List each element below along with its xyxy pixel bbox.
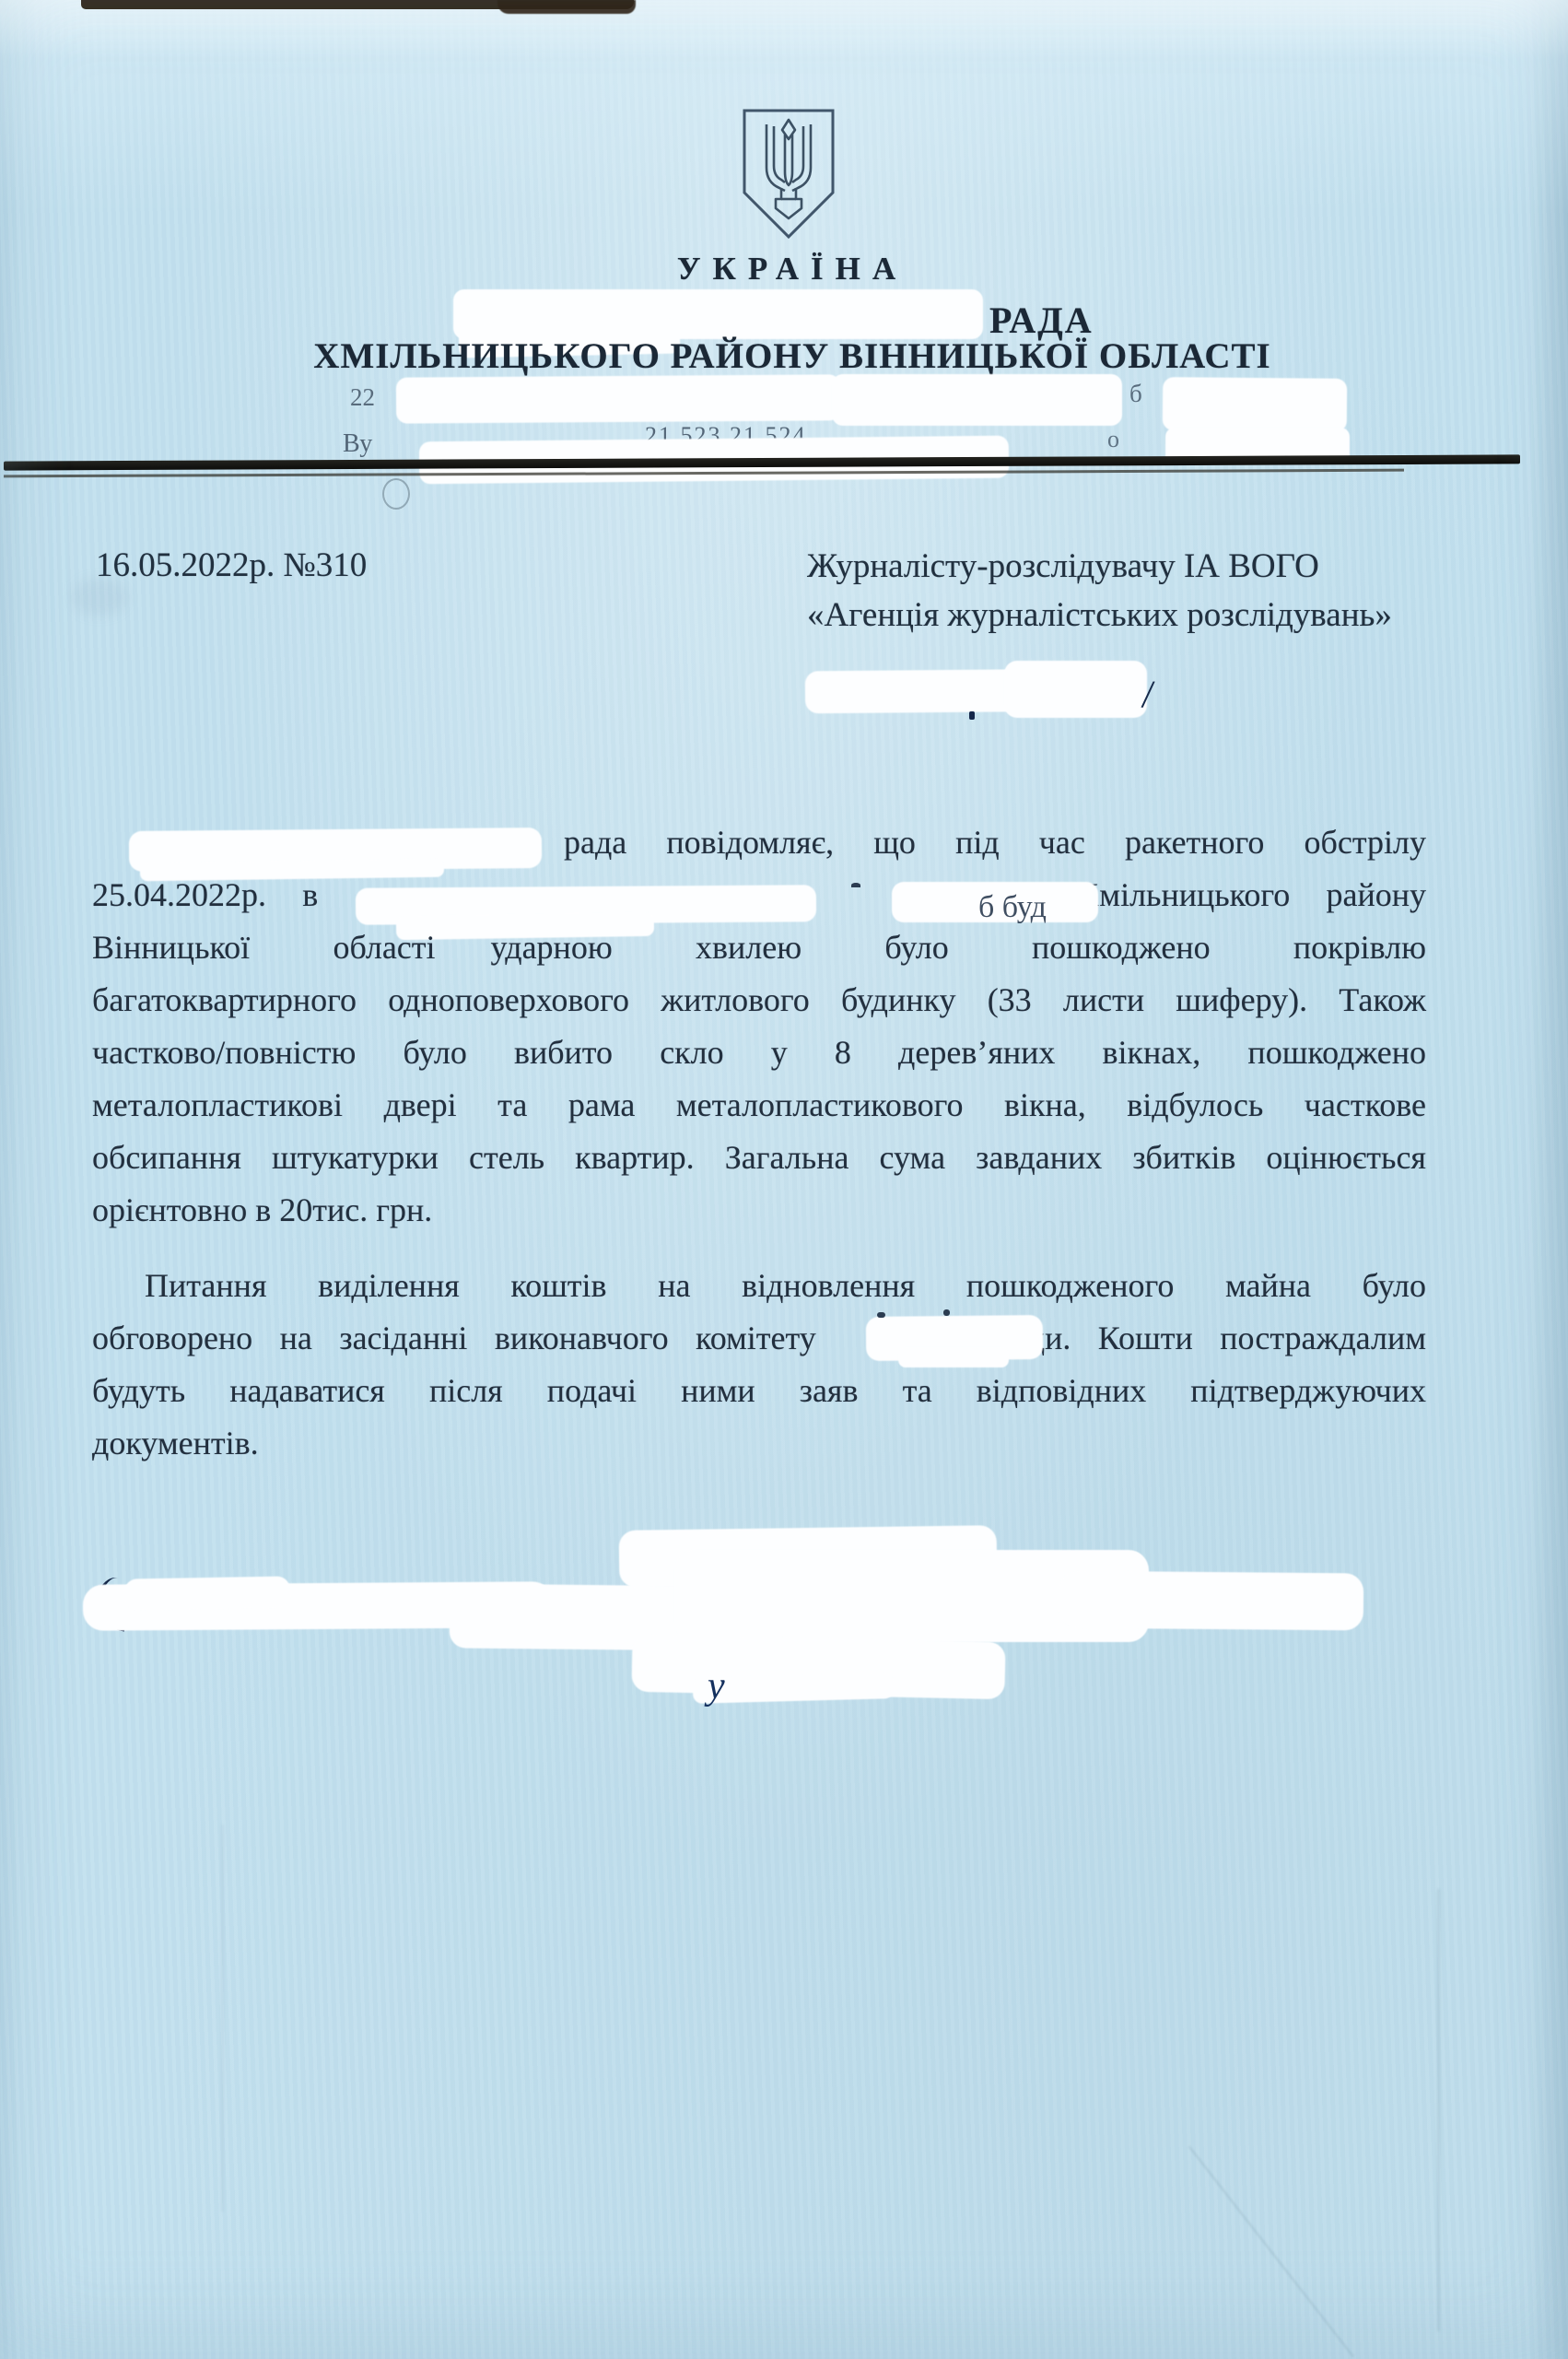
hole-punch-mark xyxy=(382,478,410,510)
addressee-line2: «Агенція журналістських розслідувань» xyxy=(807,591,1507,640)
body-p2-line1: Питання виділення коштів на відновлення … xyxy=(92,1265,1426,1306)
trident-emblem-icon xyxy=(736,107,841,243)
redaction-address-2 xyxy=(832,374,1122,426)
body-p1-line7: обсипання штукатурки стель квартир. Зага… xyxy=(92,1137,1426,1178)
coat-of-arms xyxy=(736,107,841,243)
letter-date-number: 16.05.2022р. №310 xyxy=(96,546,367,585)
scanned-letter-page: УКРАЇНА РАДА ХМІЛЬНИЦЬКОГО РАЙОНУ ВІННИЦ… xyxy=(0,0,1568,2359)
scan-edge-artifact-lobe xyxy=(497,0,636,14)
paper-streak xyxy=(221,1825,224,2212)
address-fragment-o: о xyxy=(1107,426,1119,453)
org-name-district: ХМІЛЬНИЦЬКОГО РАЙОНУ ВІННИЦЬКОЇ ОБЛАСТІ xyxy=(129,335,1456,377)
redaction-address-1 xyxy=(396,374,840,423)
paper-streak xyxy=(1437,1889,1440,2331)
redacted-letters-fragment: б буд xyxy=(978,890,1047,925)
addressee-line1: Журналісту-розслідувачу ІА ВОГО xyxy=(807,542,1507,591)
body-p2-line4: документів. xyxy=(92,1423,1426,1463)
wide-gap xyxy=(436,957,491,958)
redaction-signature-left-lobe xyxy=(124,1576,291,1610)
redaction-p2-l2-nub xyxy=(898,1347,1009,1367)
address-fragment-vu: Ву xyxy=(343,429,372,459)
pen-mark-artifact xyxy=(877,1312,885,1318)
body-p1-line8: орієнтовно в 20тис. грн. xyxy=(92,1190,1426,1230)
pen-dot-artifact xyxy=(969,711,975,720)
paper-crease xyxy=(1188,2146,1354,2358)
pen-mark-artifact xyxy=(943,1309,950,1316)
body-p1-line5: частково/повністю було вибито скло у 8 д… xyxy=(92,1032,1426,1073)
country-title: УКРАЇНА xyxy=(497,251,1087,288)
body-p1-line4: багатоквартирного одноповерхового житлов… xyxy=(92,980,1426,1020)
body-p1-line6: металопластикові двері та рама металопла… xyxy=(92,1085,1426,1125)
address-fragment-zip: 22 xyxy=(350,383,375,412)
paper-smudge xyxy=(72,579,127,616)
pen-mark-artifact xyxy=(851,883,860,887)
body-p2-line3: будуть надаватися після подачі ними заяв… xyxy=(92,1370,1426,1411)
address-fragment-b: б xyxy=(1129,380,1142,408)
body-p2-line2: обговорено на засіданні виконавчого комі… xyxy=(92,1318,1426,1358)
addressee-block: Журналісту-розслідувачу ІА ВОГО «Агенція… xyxy=(807,542,1507,640)
redaction-signature-right-arm xyxy=(1059,1571,1364,1631)
redaction-address-3 xyxy=(1163,377,1347,432)
body-p1-line3: Вінницької областіударною хвилею було по… xyxy=(92,927,1426,968)
signature-descender-fragment: у xyxy=(708,1664,725,1708)
redaction-recipient-name-right xyxy=(1004,661,1147,718)
